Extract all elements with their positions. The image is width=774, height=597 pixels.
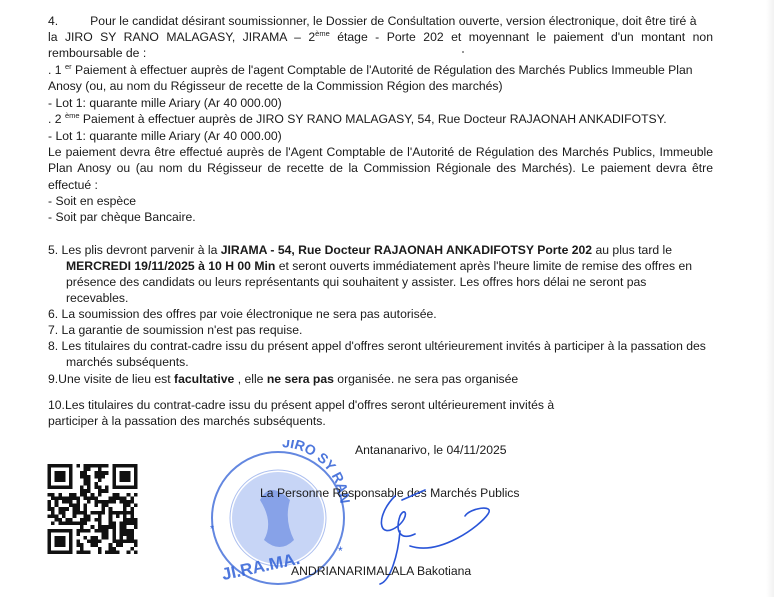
text: . 2 bbox=[48, 112, 65, 126]
text: étage - Porte 202 et moyennant le paieme… bbox=[330, 30, 713, 44]
payment-paragraph-line-2: Plan Anosy ou (au nom du Régisseur de re… bbox=[48, 160, 713, 176]
payment-2: . 2 ème Paiement à effectuer auprès de J… bbox=[48, 111, 667, 127]
section-8-line-1: 8. Les titulaires du contrat-cadre issu … bbox=[48, 338, 706, 354]
section-5-line-1: 5. Les plis devront parvenir à la JIRAMA… bbox=[48, 242, 672, 258]
payment-option-cash: - Soit en espèce bbox=[48, 193, 136, 209]
superscript: ème bbox=[65, 111, 80, 120]
section-7: 7. La garantie de soumission n'est pas r… bbox=[48, 322, 302, 338]
text: Paiement à effectuer auprès de JIRO SY R… bbox=[80, 112, 667, 126]
section-8-line-2: marchés subséquents. bbox=[66, 354, 189, 370]
text: au plus tard le bbox=[592, 243, 672, 257]
payment-1-line-2: Anosy (ou, au nom du Régisseur de recett… bbox=[48, 78, 503, 94]
lot-1-amount-2: - Lot 1: quarante mille Ariary (Ar 40 00… bbox=[48, 128, 282, 144]
section-4-line-2: la JIRO SY RANO MALAGASY, JIRAMA – 2ème … bbox=[48, 29, 713, 45]
text: 5. Les plis devront parvenir à la bbox=[48, 243, 221, 257]
scan-speck bbox=[413, 16, 415, 18]
svg-text:*: * bbox=[210, 524, 214, 535]
text: , elle bbox=[234, 372, 267, 386]
document-page: 4.Pour le candidat désirant soumissionne… bbox=[0, 0, 774, 597]
text: la JIRO SY RANO MALAGASY, JIRAMA – 2 bbox=[48, 30, 315, 44]
text: . 1 bbox=[48, 63, 65, 77]
signatory-name: ANDRIANARIMALALA Bakotiana bbox=[291, 563, 471, 579]
lot-1-amount: - Lot 1: quarante mille Ariary (Ar 40 00… bbox=[48, 95, 282, 111]
section-number: 4. bbox=[48, 14, 58, 28]
section-5-line-3: présence des candidats ou leurs représen… bbox=[66, 274, 646, 290]
place-and-date: Antananarivo, le 04/11/2025 bbox=[355, 442, 507, 458]
text: et seront ouverts immédiatement après l'… bbox=[275, 259, 692, 273]
bold-text: facultative bbox=[174, 372, 234, 386]
payment-option-cheque: - Soit par chèque Bancaire. bbox=[48, 209, 196, 225]
superscript: ème bbox=[315, 29, 330, 38]
scan-speck bbox=[462, 51, 464, 53]
page-edge bbox=[766, 0, 774, 597]
bold-text: ne sera pas bbox=[267, 372, 334, 386]
section-10-line-2: participer à la passation des marchés su… bbox=[48, 413, 326, 429]
text: 9.Une visite de lieu est bbox=[48, 372, 174, 386]
section-5-line-2: MERCREDI 19/11/2025 à 10 H 00 Min et ser… bbox=[66, 258, 692, 274]
bold-text: JIRAMA - 54, Rue Docteur RAJAONAH ANKADI… bbox=[221, 243, 592, 257]
text: Paiement à effectuer auprès de l'agent C… bbox=[72, 63, 693, 77]
section-5-line-4: recevables. bbox=[66, 290, 128, 306]
deadline: MERCREDI 19/11/2025 à 10 H 00 Min bbox=[66, 259, 275, 273]
payment-paragraph-line-3: effectué : bbox=[48, 177, 98, 193]
section-9: 9.Une visite de lieu est facultative , e… bbox=[48, 371, 518, 387]
text: organisée. ne sera pas organisée bbox=[334, 372, 518, 386]
svg-text:*: * bbox=[338, 544, 343, 558]
section-4-text: Pour le candidat désirant soumissionner,… bbox=[90, 14, 696, 28]
superscript: er bbox=[65, 62, 72, 71]
payment-paragraph-line-1: Le paiement devra être effectué auprès d… bbox=[48, 144, 713, 160]
section-6: 6. La soumission des offres par voie éle… bbox=[48, 306, 437, 322]
qr-code bbox=[44, 464, 141, 554]
section-10-line-1: 10.Les titulaires du contrat-cadre issu … bbox=[48, 397, 554, 413]
section-4-line-1: 4.Pour le candidat désirant soumissionne… bbox=[48, 13, 697, 29]
section-4-line-3: remboursable de : bbox=[48, 45, 146, 61]
payment-1: . 1 er Paiement à effectuer auprès de l'… bbox=[48, 62, 693, 78]
